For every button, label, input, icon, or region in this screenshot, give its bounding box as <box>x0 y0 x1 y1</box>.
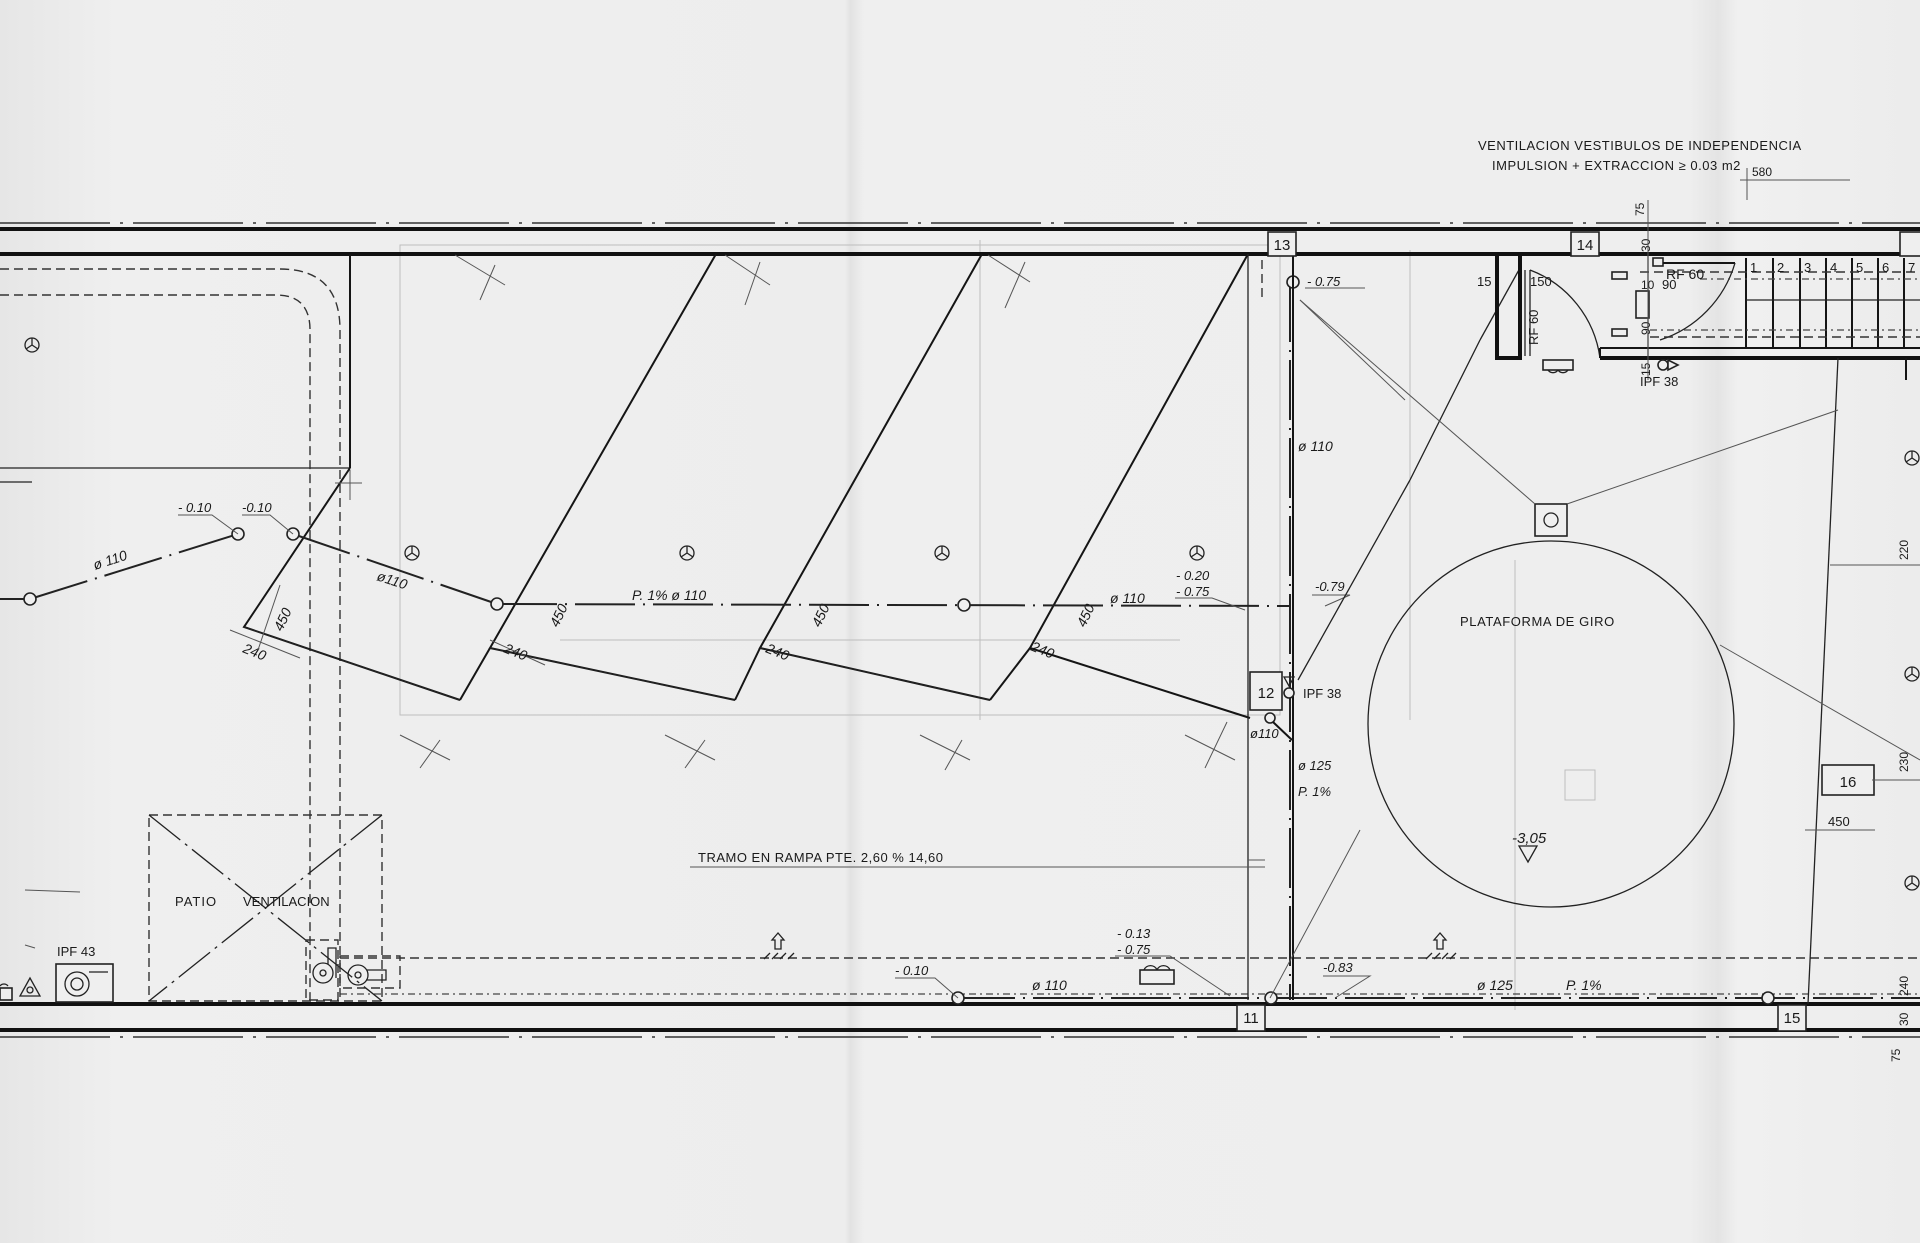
drain-node <box>491 598 503 610</box>
svg-text:ø 125: ø 125 <box>1477 977 1513 993</box>
top-wall <box>0 223 1920 254</box>
svg-text:11: 11 <box>1243 1010 1259 1027</box>
svg-text:2: 2 <box>1777 260 1784 275</box>
svg-text:ø 125: ø 125 <box>1298 758 1332 773</box>
ceiling-light-icon <box>25 338 39 352</box>
svg-text:240: 240 <box>240 640 269 664</box>
svg-text:ø 110: ø 110 <box>1110 590 1145 606</box>
fan-icon <box>313 948 336 983</box>
svg-text:7: 7 <box>1908 260 1915 275</box>
svg-text:- 0.75: - 0.75 <box>1117 942 1151 957</box>
level-labels: - 0.10 -0.10 - 0.75 - 0.20 - 0.75 -0.79 … <box>178 274 1353 978</box>
svg-text:5: 5 <box>1856 260 1863 275</box>
column-16: 16 <box>1822 765 1874 795</box>
svg-text:ø 110: ø 110 <box>1298 438 1333 454</box>
column-14: 14 <box>1571 232 1599 256</box>
svg-text:13: 13 <box>1274 237 1291 254</box>
svg-text:VENTILACION VESTIBULOS DE INDE: VENTILACION VESTIBULOS DE INDEPENDENCIA <box>1478 138 1802 153</box>
svg-text:30: 30 <box>1897 1012 1911 1026</box>
ramp-direction-arrow-icon <box>764 933 794 959</box>
svg-text:90: 90 <box>1662 277 1676 292</box>
ceiling-light-icon <box>935 546 949 560</box>
svg-text:ø110: ø110 <box>1250 726 1279 741</box>
blueprint-sheet: 240 450 240 450 240 450 240 450 <box>0 0 1920 1243</box>
svg-text:240: 240 <box>1028 638 1057 662</box>
svg-text:- 0.20: - 0.20 <box>1176 568 1210 583</box>
turntable-platform: PLATAFORMA DE GIRO -3,05 <box>1270 300 1920 998</box>
ceiling-light-icon <box>680 546 694 560</box>
svg-text:30: 30 <box>1639 238 1653 252</box>
svg-text:150: 150 <box>1530 274 1552 289</box>
svg-text:RF 60: RF 60 <box>1526 310 1541 345</box>
svg-text:90: 90 <box>1639 321 1653 335</box>
ceiling-light-icon <box>1190 546 1204 560</box>
svg-text:15: 15 <box>1477 274 1491 289</box>
light-symbols <box>25 338 1919 890</box>
vent-grille <box>1612 272 1627 279</box>
vent-grille <box>1612 329 1627 336</box>
drain-node <box>1265 992 1277 1004</box>
svg-text:75: 75 <box>1633 202 1647 216</box>
svg-text:IPF 38: IPF 38 <box>1640 374 1678 389</box>
svg-text:3: 3 <box>1804 260 1811 275</box>
parking-bays <box>244 254 1250 718</box>
column-13: 13 <box>1268 232 1296 256</box>
svg-text:16: 16 <box>1840 774 1857 791</box>
right-dimensions: 220 230 450 240 30 75 <box>1805 540 1920 1062</box>
svg-text:-0.10: -0.10 <box>242 500 272 515</box>
svg-text:IMPULSION + EXTRACCION ≥ 0.03: IMPULSION + EXTRACCION ≥ 0.03 m2 <box>1492 158 1741 173</box>
column-11: 11 <box>1237 1005 1265 1031</box>
drain-node <box>958 599 970 611</box>
turntable-pivot <box>1535 504 1567 536</box>
svg-text:- 0.10: - 0.10 <box>178 500 212 515</box>
ceiling-light-icon <box>1905 451 1919 465</box>
svg-text:TRAMO EN RAMPA PTE. 2,60 %: TRAMO EN RAMPA PTE. 2,60 % 14,60 <box>698 850 944 865</box>
svg-text:240: 240 <box>1897 976 1911 996</box>
alarm-triangle-icon <box>20 978 40 996</box>
svg-text:P. 1%: P. 1% <box>1298 784 1331 799</box>
light-fixture <box>1636 291 1649 318</box>
patio-ventilation: PATIO VENTILACION <box>149 815 400 1001</box>
svg-text:- 0.13: - 0.13 <box>1117 926 1151 941</box>
ghost-lines <box>400 240 1595 1010</box>
ceiling-light-icon <box>405 546 419 560</box>
svg-text:PLATAFORMA DE GIRO: PLATAFORMA DE GIRO <box>1460 614 1615 629</box>
column-15: 15 <box>1778 1005 1806 1031</box>
ramp-direction-arrow-icon <box>1426 933 1456 959</box>
fan-icon <box>348 965 386 985</box>
svg-text:-3,05: -3,05 <box>1512 830 1547 847</box>
svg-text:VENTILACION: VENTILACION <box>243 894 330 909</box>
svg-text:6: 6 <box>1882 260 1889 275</box>
vestibule-stair: 1 2 3 4 5 6 7 RF 60 RF 60 15 150 10 90 9… <box>1477 165 1920 1004</box>
svg-text:14: 14 <box>1577 237 1594 254</box>
svg-text:12: 12 <box>1258 685 1275 702</box>
svg-text:- 0.10: - 0.10 <box>895 963 929 978</box>
extinguisher-icon <box>1543 360 1573 373</box>
svg-text:240: 240 <box>763 640 792 664</box>
extinguisher-icon <box>0 984 12 1000</box>
floor-plan-drawing: 240 450 240 450 240 450 240 450 <box>0 0 1920 1243</box>
svg-text:4: 4 <box>1830 260 1837 275</box>
svg-text:PATIO: PATIO <box>175 894 217 909</box>
bay-dimensions: 240 450 240 450 240 450 240 450 <box>230 255 1235 770</box>
svg-text:P. 1%: P. 1% <box>1566 977 1602 993</box>
extinguisher-bottom <box>1140 966 1174 984</box>
svg-text:580: 580 <box>1752 165 1772 179</box>
svg-text:ø 110: ø 110 <box>1032 977 1067 993</box>
svg-text:- 0.75: - 0.75 <box>1176 584 1210 599</box>
svg-text:- 0.75: - 0.75 <box>1307 274 1341 289</box>
column-17-partial <box>1900 232 1920 256</box>
svg-text:IPF 43: IPF 43 <box>57 944 95 959</box>
svg-text:75: 75 <box>1889 1048 1903 1062</box>
svg-text:240: 240 <box>501 640 530 664</box>
column-12: 12 <box>1250 672 1282 710</box>
left-area <box>0 254 350 1000</box>
ramp-note: TRAMO EN RAMPA PTE. 2,60 % 14,60 <box>690 850 1456 959</box>
svg-text:-0.79: -0.79 <box>1315 579 1345 594</box>
svg-text:P. 1% ø 110: P. 1% ø 110 <box>632 587 706 603</box>
ceiling-light-icon <box>1905 667 1919 681</box>
svg-text:230: 230 <box>1897 752 1911 772</box>
svg-text:450: 450 <box>546 601 570 629</box>
svg-text:450: 450 <box>1828 814 1850 829</box>
drain-node <box>1762 992 1774 1004</box>
svg-text:1: 1 <box>1750 260 1757 275</box>
svg-text:220: 220 <box>1897 540 1911 560</box>
svg-text:IPF 38: IPF 38 <box>1303 686 1341 701</box>
bottom-left-equipment: IPF 43 <box>0 890 113 1002</box>
svg-text:15: 15 <box>1784 1010 1801 1027</box>
columns: 13 14 12 11 15 16 <box>1237 232 1920 1031</box>
ceiling-light-icon <box>1905 876 1919 890</box>
svg-text:450: 450 <box>270 605 294 633</box>
drain-node <box>24 593 36 605</box>
svg-text:-0.83: -0.83 <box>1323 960 1353 975</box>
fire-hose-cabinet-ipf43: IPF 43 <box>56 944 113 1002</box>
